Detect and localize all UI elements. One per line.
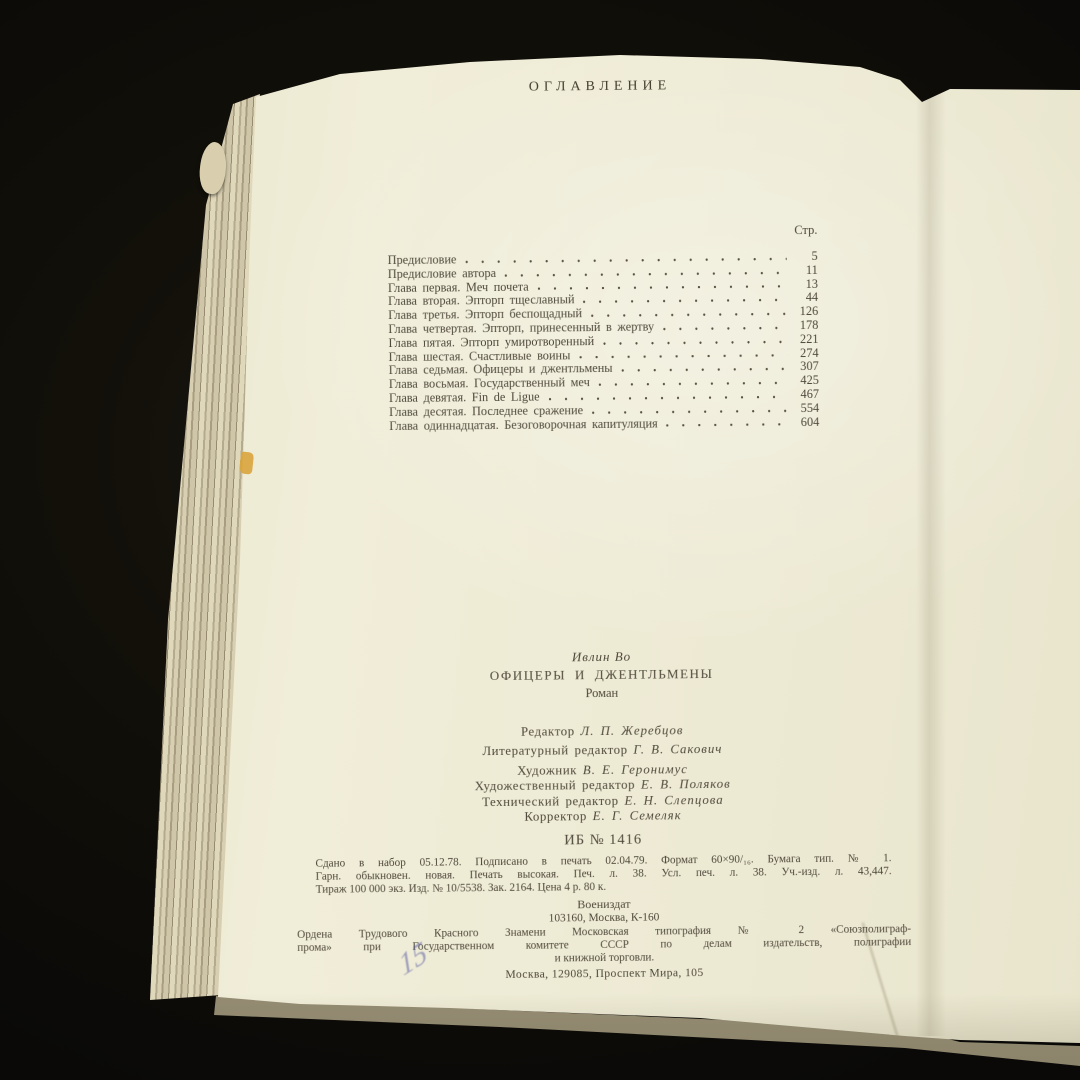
yellow-sticker-spot — [239, 451, 254, 474]
staff-name: В. Е. Геронимус — [583, 762, 688, 777]
staff-role: Художественный редактор — [475, 778, 641, 794]
toc-entry-page: 554 — [793, 402, 819, 416]
ib-number: ИБ № 1416 — [295, 829, 911, 852]
staff-role: Редактор — [521, 724, 581, 739]
staff-list: Редактор Л. П. ЖеребцовЛитературный реда… — [294, 721, 911, 827]
dot-leader — [666, 416, 789, 431]
toc-entry-page: 604 — [793, 415, 819, 429]
imprint-paragraph: Сдано в набор 05.12.78. Подписано в печа… — [315, 853, 891, 898]
toc-list: Предисловие5Предисловие автора11Глава пе… — [388, 250, 820, 433]
staff-name: Л. П. Жеребцов — [580, 723, 683, 738]
toc-entry-page: 5 — [792, 250, 818, 264]
toc-entry-page: 11 — [792, 264, 818, 278]
toc-entry-title: Глава одиннадцатая. Безоговорочная капит… — [389, 417, 658, 433]
page-title: ОГЛАВЛЕНИЕ — [529, 78, 672, 95]
staff-role: Художник — [517, 763, 583, 778]
photo-background: ОГЛАВЛЕНИЕ Стр. Предисловие5Предисловие … — [0, 0, 1080, 1080]
staff-row: Литературный редактор Г. В. Сакович — [294, 740, 910, 761]
staff-name: Е. В. Поляков — [641, 777, 731, 792]
staff-name: Е. Н. Слепцова — [624, 792, 723, 807]
staff-row: Редактор Л. П. Жеребцов — [294, 721, 910, 742]
staff-role: Корректор — [524, 809, 592, 824]
dot-leader — [662, 319, 787, 334]
toc-row: Глава одиннадцатая. Безоговорочная капит… — [389, 415, 819, 433]
page-number-column-header: Стр. — [387, 223, 817, 242]
staff-name: Е. Г. Семеляк — [593, 808, 682, 823]
book-title: ОФИЦЕРЫ И ДЖЕНТЛЬМЕНЫ — [294, 664, 910, 686]
printed-content: ОГЛАВЛЕНИЕ Стр. Предисловие5Предисловие … — [0, 0, 1080, 1080]
printer-paragraph: Ордена Трудового Красного Знамени Москов… — [297, 923, 911, 968]
toc-entry-page: 178 — [792, 319, 818, 333]
staff-role: Литературный редактор — [482, 743, 633, 758]
toc-entry-page: 467 — [793, 388, 819, 402]
genre-label: Роман — [294, 683, 910, 704]
staff-name: Г. В. Сакович — [633, 742, 722, 757]
colophon: Ивлин Во ОФИЦЕРЫ И ДЖЕНТЛЬМЕНЫ Роман Ред… — [293, 646, 912, 983]
staff-role: Технический редактор — [482, 793, 624, 808]
toc-entry-page: 221 — [792, 333, 818, 347]
